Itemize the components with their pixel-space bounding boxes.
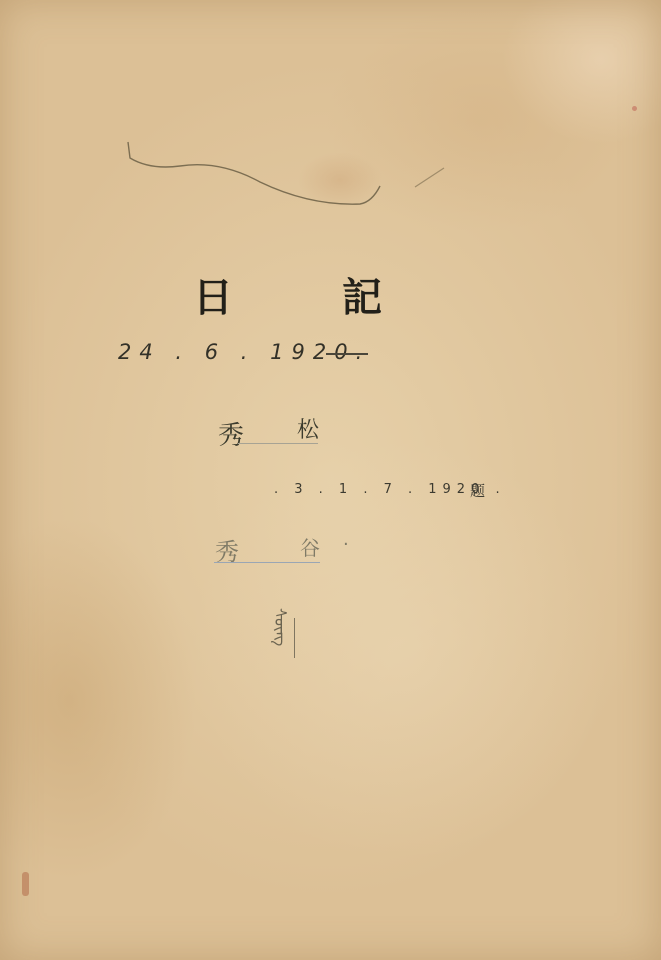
vertical-script-signature: ᠰᠦᠩ (266, 608, 294, 646)
title-char-record: 記 (342, 266, 382, 323)
title-char-day: 日 (193, 266, 233, 323)
red-stain-mark (22, 872, 29, 896)
date-dash (326, 353, 368, 355)
name-secondary-underline (214, 562, 320, 563)
red-stain-dot (632, 106, 637, 111)
name-primary-char-1: 秀 (218, 415, 244, 452)
start-date: 24 . 6 . 1920. (118, 340, 370, 364)
name-secondary-char-2: 谷 (300, 532, 320, 561)
signature-vertical-line (294, 618, 295, 658)
diary-cover: 日 記 24 . 6 . 1920. 秀 松 . 3 . 1 . 7 . 192… (0, 0, 661, 960)
name-primary-char-2: 松 (297, 413, 319, 444)
inscription-mark: 题 (470, 480, 485, 501)
name-secondary-dot: · (343, 534, 349, 555)
name-primary-underline (238, 443, 318, 444)
pencil-curve-stroke (110, 130, 470, 220)
